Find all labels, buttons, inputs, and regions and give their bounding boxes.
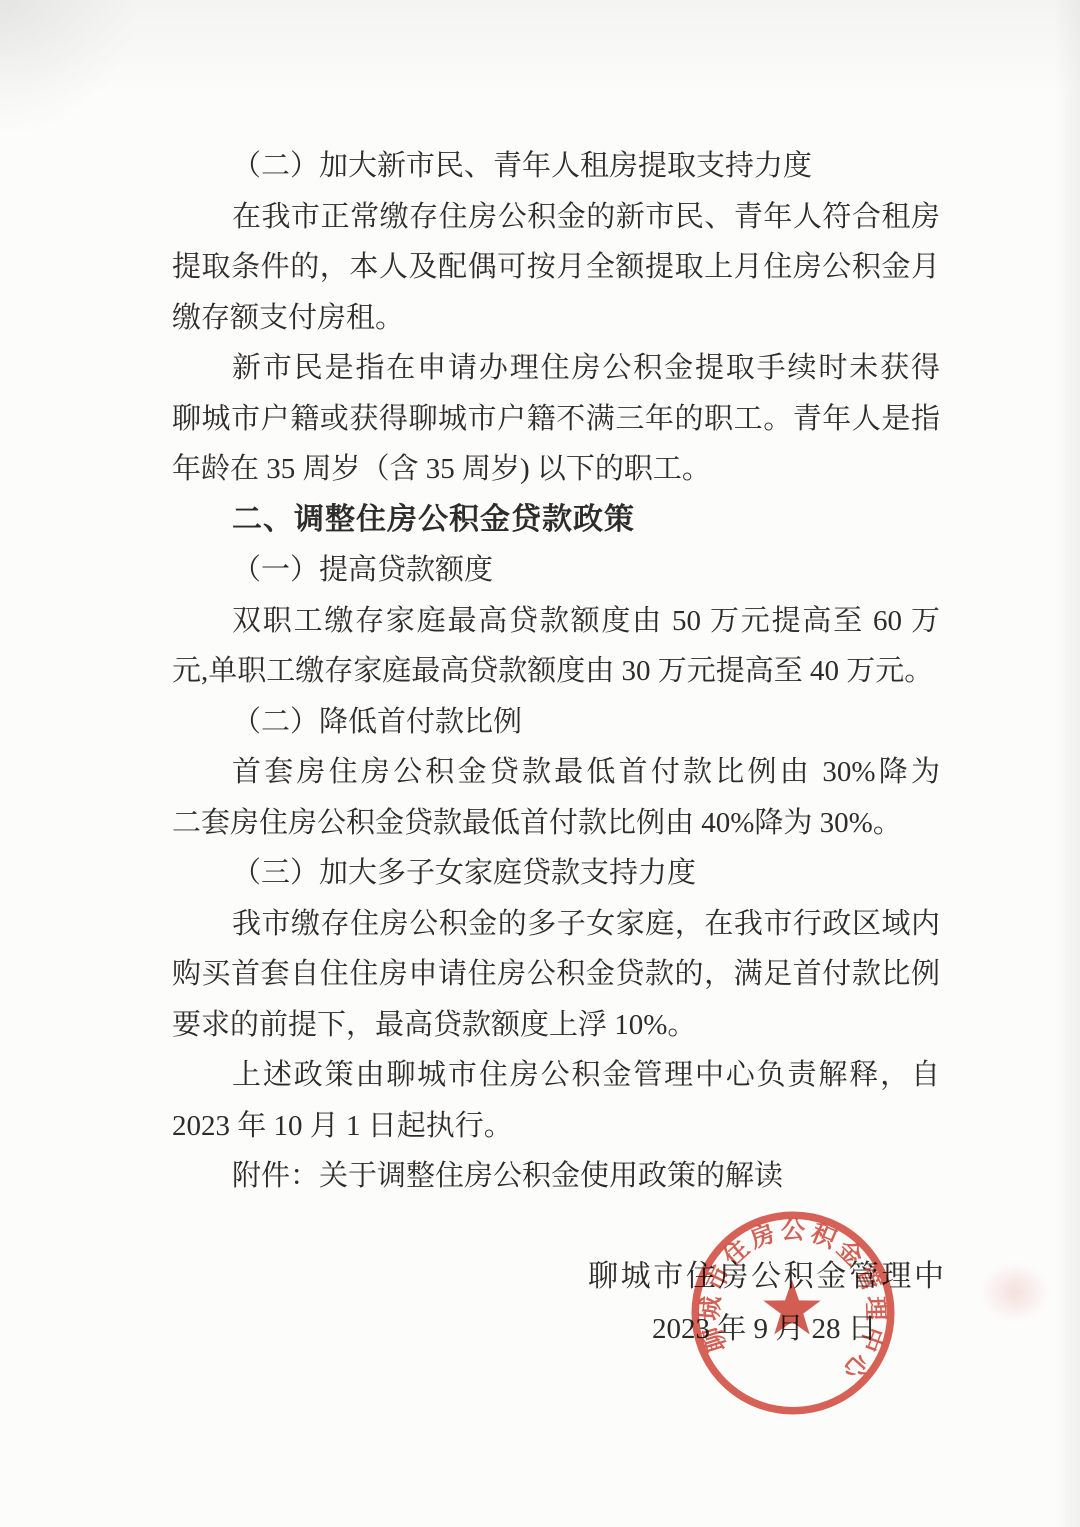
document-body: （二）加大新市民、青年人租房提取支持力度 在我市正常缴存住房公积金的新市民、青年… [172,141,940,1202]
body-line: 2023 年 10 月 1 日起执行。 [172,1101,940,1152]
seal-ink-smudge [980,1262,1050,1322]
heading-line-raise-loan-limit: （一）提高贷款额度 [172,545,940,596]
body-line: 在我市正常缴存住房公积金的新市民、青年人符合租房 [172,192,940,243]
body-line: 上述政策由聊城市住房公积金管理中心负责解释，自 [172,1050,940,1101]
scan-shading-right [1054,0,1080,1527]
heading-line-rental-support: （二）加大新市民、青年人租房提取支持力度 [172,141,940,192]
body-line: 缴存额支付房租。 [172,293,940,344]
body-line: 我市缴存住房公积金的多子女家庭，在我市行政区域内 [172,899,940,950]
body-line: 新市民是指在申请办理住房公积金提取手续时未获得 [172,343,940,394]
heading-line-loan-policy: 二、调整住房公积金贷款政策 [172,495,940,546]
body-line: 要求的前提下，最高贷款额度上浮 10%。 [172,1000,940,1051]
seal-star-icon [763,1280,820,1335]
scan-shading-top [0,0,1080,110]
official-seal: 聊城市住房公积金管理中心 [662,1182,924,1444]
scan-shading-corner [0,0,140,140]
body-line: 首套房住房公积金贷款最低首付款比例由 30%降为 20%, [172,747,940,798]
body-line: 聊城市户籍或获得聊城市户籍不满三年的职工。青年人是指 [172,394,940,445]
body-line: 元,单职工缴存家庭最高贷款额度由 30 万元提高至 40 万元。 [172,646,940,697]
body-line: 双职工缴存家庭最高贷款额度由 50 万元提高至 60 万 [172,596,940,647]
heading-line-multichild-support: （三）加大多子女家庭贷款支持力度 [172,848,940,899]
scanned-document-page: （二）加大新市民、青年人租房提取支持力度 在我市正常缴存住房公积金的新市民、青年… [0,0,1080,1527]
body-line: 购买首套自住住房申请住房公积金贷款的，满足首付款比例 [172,949,940,1000]
body-line: 二套房住房公积金贷款最低首付款比例由 40%降为 30%。 [172,798,940,849]
body-line: 提取条件的，本人及配偶可按月全额提取上月住房公积金月 [172,242,940,293]
body-line: 年龄在 35 周岁（含 35 周岁) 以下的职工。 [172,444,940,495]
heading-line-lower-downpayment: （二）降低首付款比例 [172,697,940,748]
